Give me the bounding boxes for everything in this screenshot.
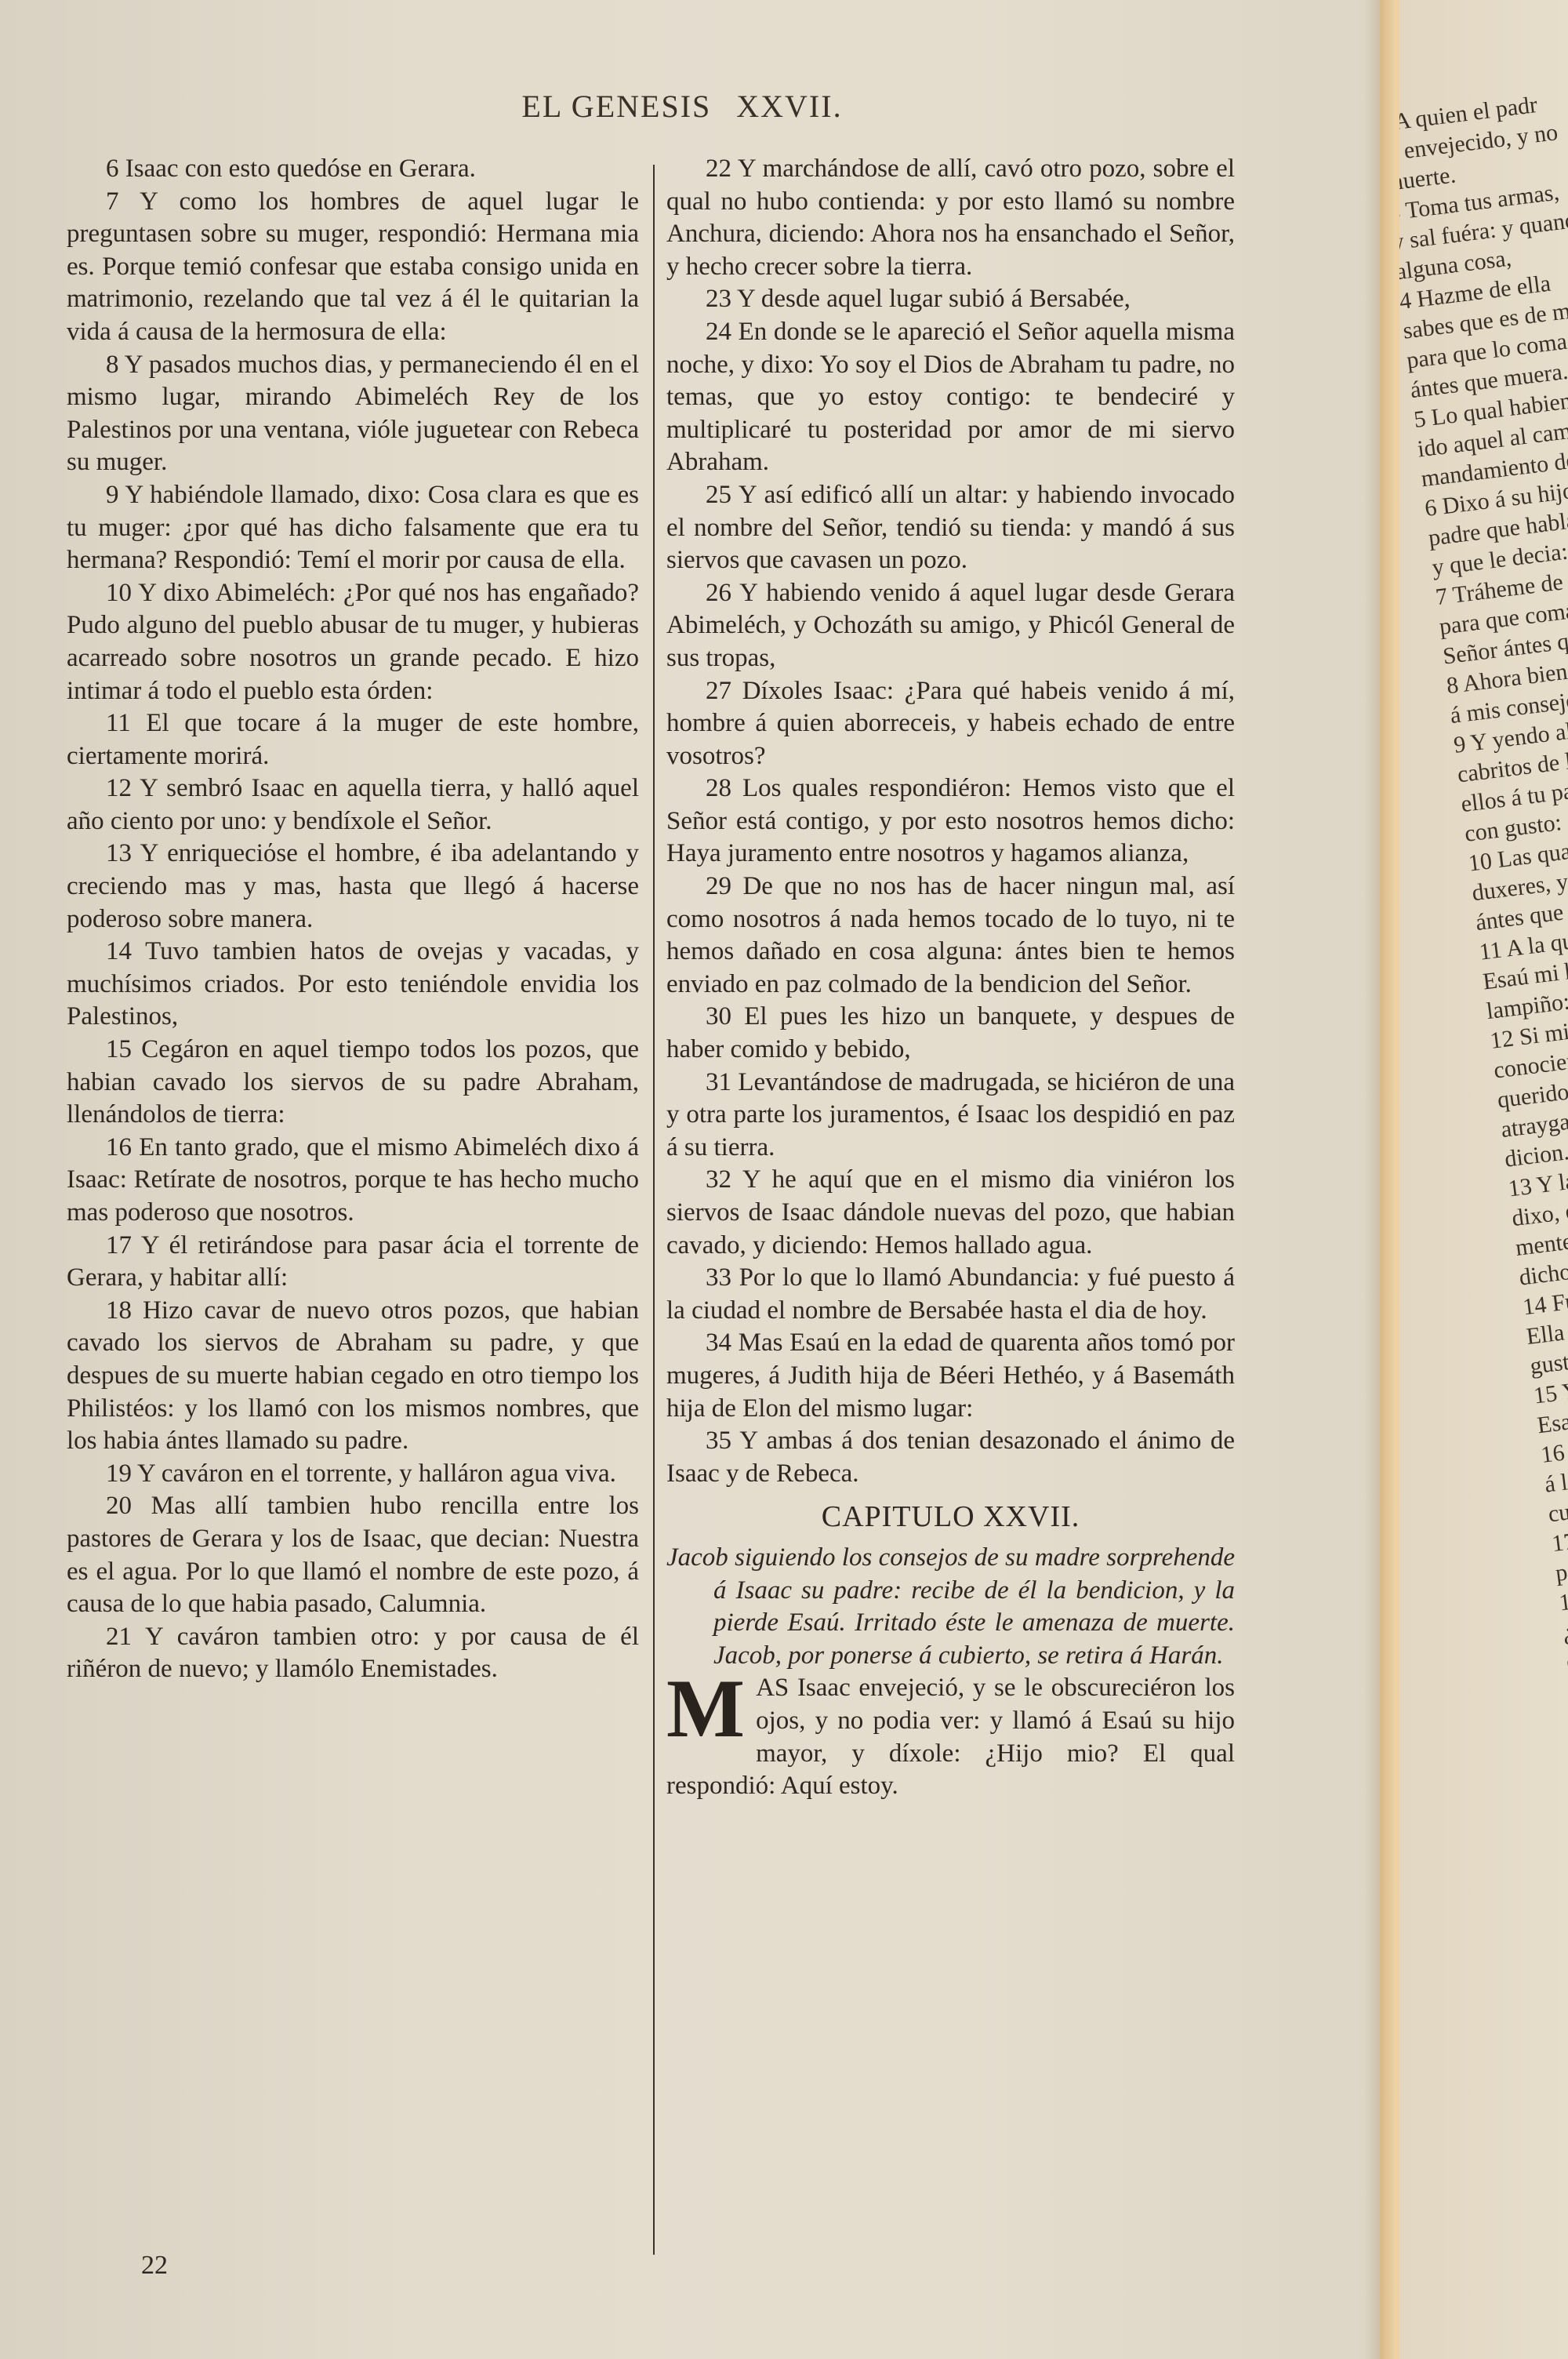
verse-12: 12 Y sembró Isaac en aquella tierra, y h…	[67, 772, 639, 838]
verse-10: 10 Y dixo Abimeléch: ¿Por qué nos has en…	[67, 577, 639, 707]
verse-16: 16 En tanto grado, que el mismo Abimeléc…	[67, 1132, 639, 1230]
verse-7: 7 Y como los hombres de aquel lugar le p…	[67, 186, 639, 349]
verse-23: 23 Y desde aquel lugar subió á Bersabée,	[666, 283, 1235, 316]
chapter-opening: MAS Isaac envejeció, y se le obscureciér…	[666, 1672, 1235, 1802]
running-head: EL GENESIS XXVII.	[0, 88, 1380, 125]
verse-29: 29 De que no nos has de hacer ningun mal…	[666, 871, 1235, 1001]
verse-25: 25 Y así edificó allí un altar: y habien…	[666, 479, 1235, 577]
page-number: 22	[141, 2251, 168, 2281]
verse-11: 11 El que tocare á la muger de este homb…	[67, 707, 639, 772]
running-head-chapter: XXVII.	[736, 89, 842, 124]
chapter-summary: Jacob siguiendo los consejos de su madre…	[666, 1542, 1235, 1672]
facing-page-fragment: 2 A quien el padrle envejecido, y nomuer…	[1399, 0, 1568, 2359]
verse-33: 33 Por lo que lo llamó Abundancia: y fué…	[666, 1262, 1235, 1327]
verse-30: 30 El pues les hizo un banquete, y despu…	[666, 1001, 1235, 1066]
drop-cap: M	[666, 1677, 745, 1741]
verse-6: 6 Isaac con esto quedóse en Gerara.	[67, 153, 639, 186]
verse-32: 32 Y he aquí que en el mismo dia viniéro…	[666, 1164, 1235, 1262]
chapter-title: CAPITULO XXVII.	[666, 1501, 1235, 1534]
verse-31: 31 Levantándose de madrugada, se hiciéro…	[666, 1067, 1235, 1165]
verse-19: 19 Y caváron en el torrente, y halláron …	[67, 1458, 639, 1491]
verse-24: 24 En donde se le apareció el Señor aque…	[666, 316, 1235, 479]
verse-26: 26 Y habiendo venido á aquel lugar desde…	[666, 577, 1235, 675]
verse-20: 20 Mas allí tambien hubo rencilla entre …	[67, 1490, 639, 1620]
left-column: 6 Isaac con esto quedóse en Gerara. 7 Y …	[67, 153, 639, 1686]
verse-8: 8 Y pasados muchos dias, y permaneciendo…	[67, 349, 639, 479]
verse-34: 34 Mas Esaú en la edad de quarenta años …	[666, 1327, 1235, 1425]
verse-14: 14 Tuvo tambien hatos de ovejas y vacada…	[67, 936, 639, 1034]
verse-18: 18 Hizo cavar de nuevo otros pozos, que …	[67, 1295, 639, 1458]
running-head-book: EL GENESIS	[521, 89, 711, 124]
verse-13: 13 Y enriqueciόse el hombre, é iba adela…	[67, 838, 639, 936]
verse-15: 15 Cegáron en aquel tiempo todos los poz…	[67, 1034, 639, 1132]
verse-27: 27 Díxoles Isaac: ¿Para qué habeis venid…	[666, 675, 1235, 773]
verse-21: 21 Y caváron tambien otro: y por causa d…	[67, 1621, 639, 1686]
verse-17: 17 Y él retirándose para pasar ácia el t…	[67, 1230, 639, 1295]
verse-22: 22 Y marchándose de allí, cavó otro pozo…	[666, 153, 1235, 283]
verse-9: 9 Y habiéndole llamado, dixo: Cosa clara…	[67, 479, 639, 577]
chapter-opening-text: AS Isaac envejeció, y se le obscureciéro…	[666, 1674, 1235, 1800]
verse-28: 28 Los quales respondiéron: Hemos visto …	[666, 772, 1235, 871]
verse-35: 35 Y ambas á dos tenian desazonado el án…	[666, 1425, 1235, 1490]
right-column: 22 Y marchándose de allí, cavó otro pozo…	[666, 153, 1235, 1803]
column-divider	[653, 165, 655, 2255]
facing-page-lines: 2 A quien el padrle envejecido, y nomuer…	[1399, 70, 1568, 2003]
